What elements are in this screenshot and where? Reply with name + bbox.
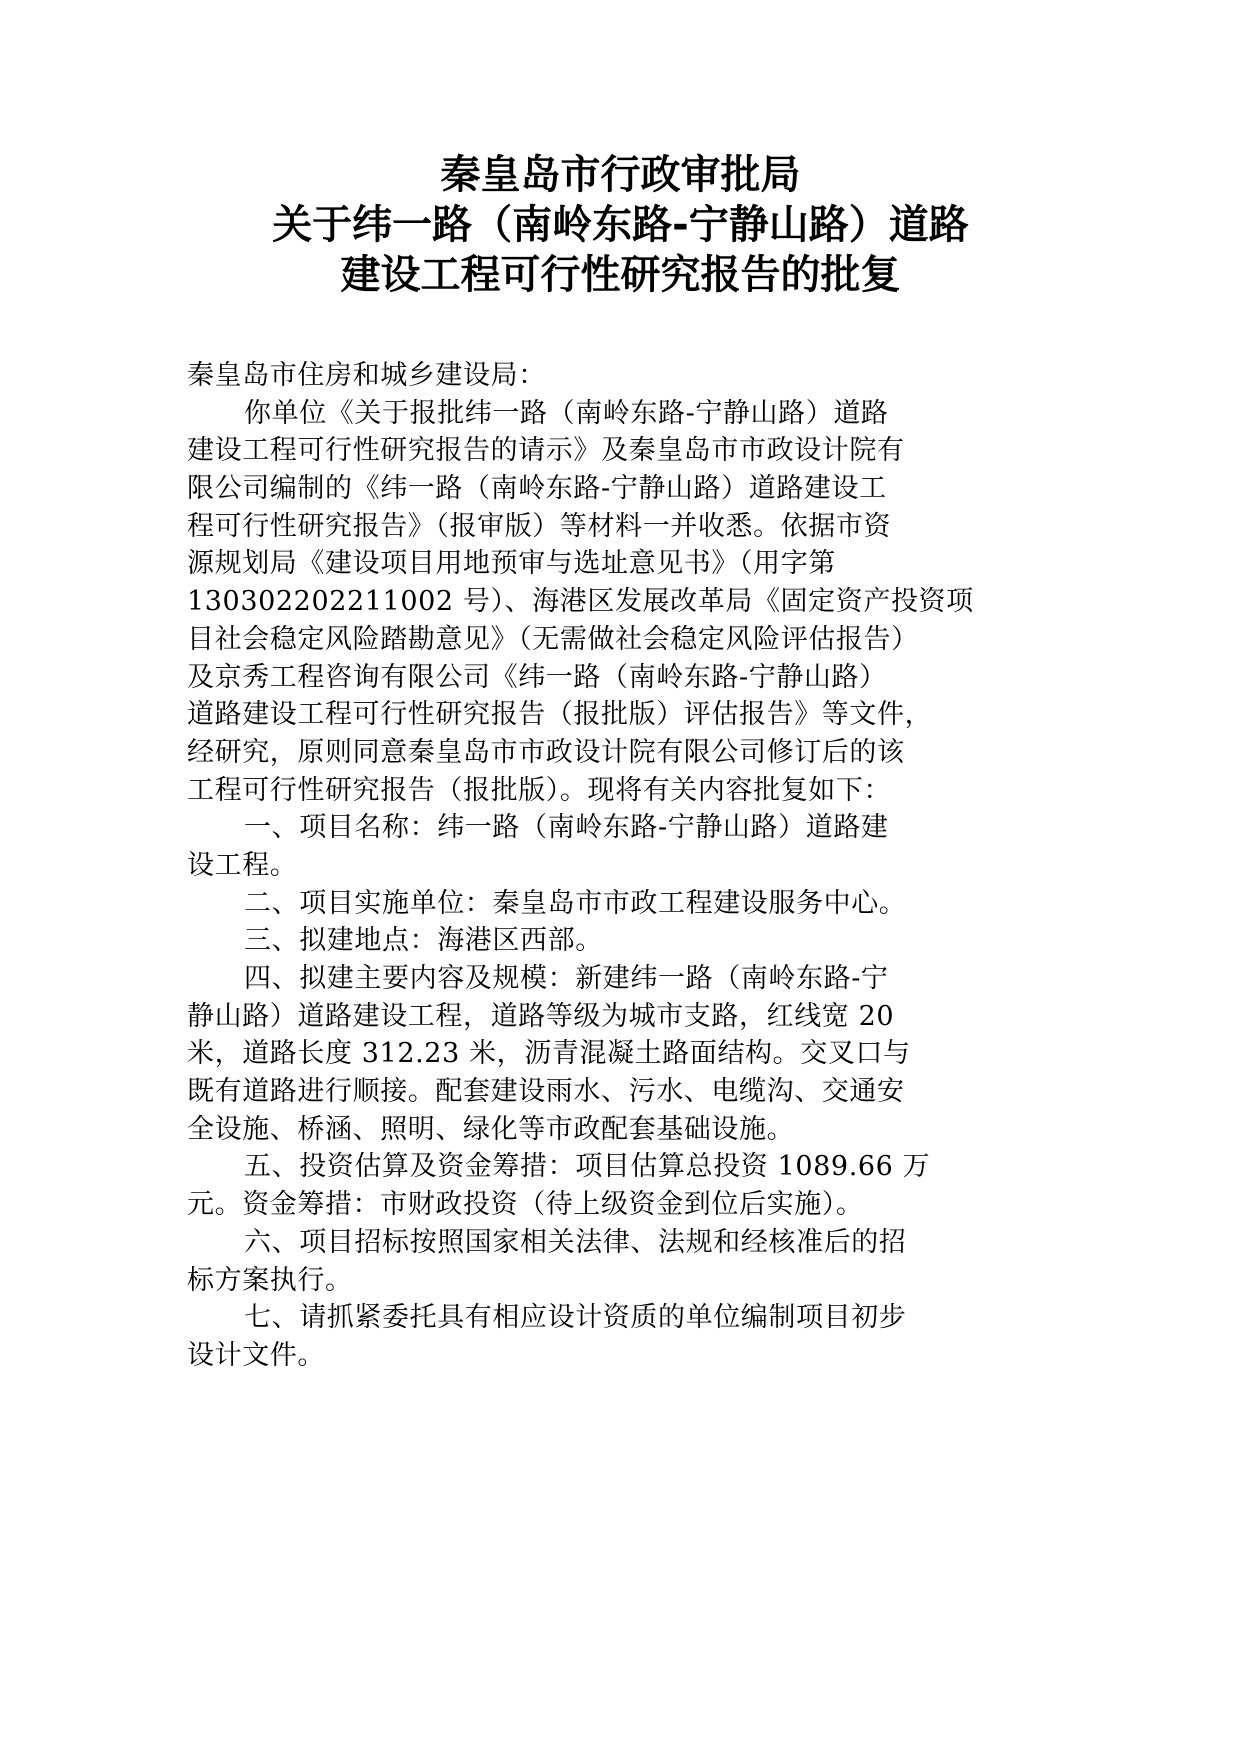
item-7-design-cont: 设计文件。 xyxy=(187,1337,1067,1375)
body-line: 工程可行性研究报告（报批版）。现将有关内容批复如下： xyxy=(187,772,1067,810)
item-6-bidding: 六、项目招标按照国家相关法律、法规和经核准后的招 xyxy=(187,1224,1067,1262)
item-7-design: 七、请抓紧委托具有相应设计资质的单位编制项目初步 xyxy=(187,1299,1067,1337)
body-line: 及京秀工程咨询有限公司《纬一路（南岭东路-宁静山路） xyxy=(187,659,1067,697)
body-line: 经研究，原则同意秦皇岛市市政设计院有限公司修订后的该 xyxy=(187,734,1067,772)
title-line-subject-cont: 建设工程可行性研究报告的批复 xyxy=(0,250,1241,300)
item-5-investment-cont: 元。资金筹措：市财政投资（待上级资金到位后实施）。 xyxy=(187,1186,1067,1224)
item-4-scope: 四、拟建主要内容及规模：新建纬一路（南岭东路-宁 xyxy=(187,960,1067,998)
item-5-investment: 五、投资估算及资金筹措：项目估算总投资 1089.66 万 xyxy=(187,1148,1067,1186)
item-2-implementing-unit: 二、项目实施单位：秦皇岛市市政工程建设服务中心。 xyxy=(187,885,1067,923)
item-1-project-name-cont: 设工程。 xyxy=(187,847,1067,885)
item-6-bidding-cont: 标方案执行。 xyxy=(187,1262,1067,1300)
title-line-issuer: 秦皇岛市行政审批局 xyxy=(0,150,1241,200)
document-page: 秦皇岛市行政审批局 关于纬一路（南岭东路-宁静山路）道路 建设工程可行性研究报告… xyxy=(0,0,1241,1754)
item-4-scope-cont: 静山路）道路建设工程，道路等级为城市支路，红线宽 20 xyxy=(187,998,1067,1036)
body-line: 目社会稳定风险踏勘意见》（无需做社会稳定风险评估报告） xyxy=(187,621,1067,659)
item-4-scope-cont: 既有道路进行顺接。配套建设雨水、污水、电缆沟、交通安 xyxy=(187,1073,1067,1111)
body-line: 源规划局《建设项目用地预审与选址意见书》（用字第 xyxy=(187,545,1067,583)
item-4-scope-cont: 米，道路长度 312.23 米，沥青混凝土路面结构。交叉口与 xyxy=(187,1035,1067,1073)
body-line: 130302202211002 号）、海港区发展改革局《固定资产投资项 xyxy=(187,583,1067,621)
body-line: 建设工程可行性研究报告的请示》及秦皇岛市市政设计院有 xyxy=(187,432,1067,470)
body-line: 你单位《关于报批纬一路（南岭东路-宁静山路）道路 xyxy=(187,395,1067,433)
body-line: 程可行性研究报告》（报审版）等材料一并收悉。依据市资 xyxy=(187,508,1067,546)
item-4-scope-cont: 全设施、桥涵、照明、绿化等市政配套基础设施。 xyxy=(187,1111,1067,1149)
item-1-project-name: 一、项目名称：纬一路（南岭东路-宁静山路）道路建 xyxy=(187,809,1067,847)
item-3-location: 三、拟建地点：海港区西部。 xyxy=(187,922,1067,960)
document-body: 秦皇岛市住房和城乡建设局： 你单位《关于报批纬一路（南岭东路-宁静山路）道路 建… xyxy=(187,357,1067,1375)
body-line: 道路建设工程可行性研究报告（报批版）评估报告》等文件， xyxy=(187,696,1067,734)
title-line-subject: 关于纬一路（南岭东路-宁静山路）道路 xyxy=(0,200,1241,250)
addressee: 秦皇岛市住房和城乡建设局： xyxy=(187,357,1067,395)
document-title: 秦皇岛市行政审批局 关于纬一路（南岭东路-宁静山路）道路 建设工程可行性研究报告… xyxy=(0,150,1241,300)
body-line: 限公司编制的《纬一路（南岭东路-宁静山路）道路建设工 xyxy=(187,470,1067,508)
